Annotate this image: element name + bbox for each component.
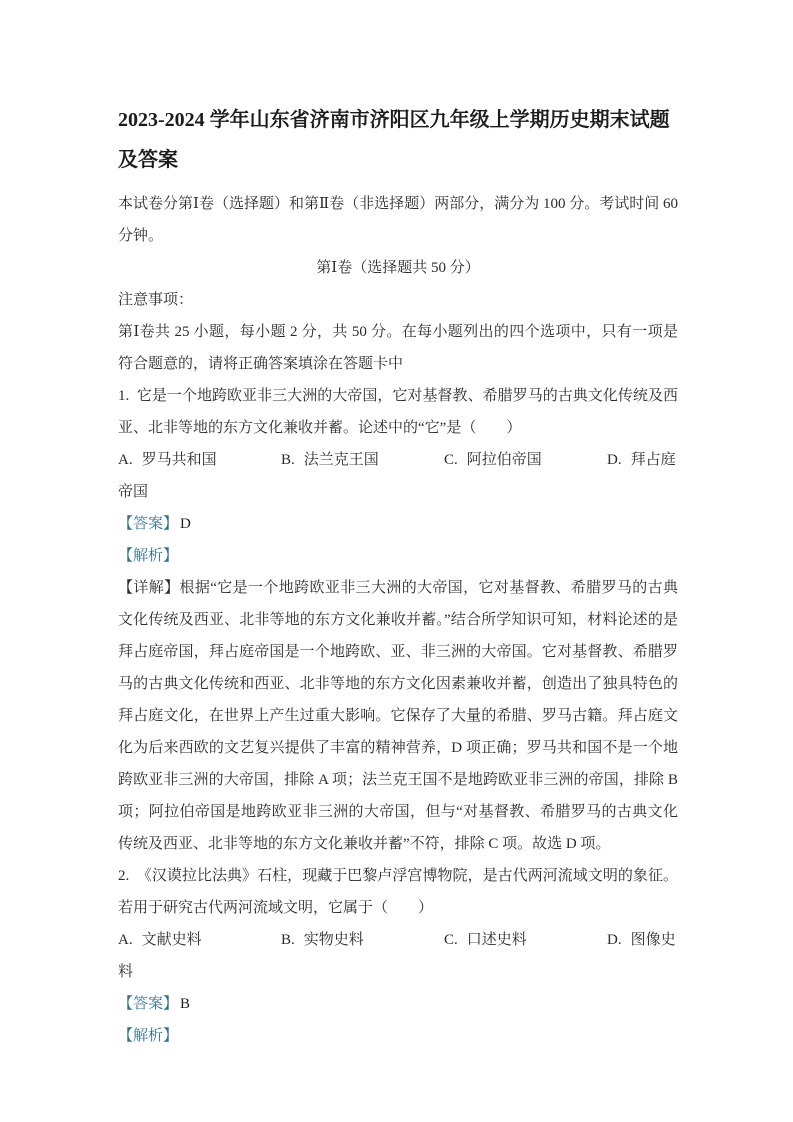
answer-label: 【答案】 <box>118 996 178 1012</box>
answer-value: B <box>178 996 190 1012</box>
analysis-label: 【解析】 <box>118 1028 178 1044</box>
page-title: 2023-2024 学年山东省济南市济阳区九年级上学期历史期末试题及答案 <box>118 100 678 180</box>
intro-paragraph: 本试卷分第Ⅰ卷（选择题）和第Ⅱ卷（非选择题）两部分，满分为 100 分。考试时间… <box>118 188 678 252</box>
document-content: 2023-2024 学年山东省济南市济阳区九年级上学期历史期末试题及答案 本试卷… <box>118 100 678 1052</box>
detail-paragraph: 【详解】根据“它是一个地跨欧亚非三大洲的大帝国，它对基督教、希腊罗马的古典文化传… <box>118 572 678 860</box>
option-b-text: 实物史料 <box>304 932 364 948</box>
options-row: A.罗马共和国B.法兰克王国C.阿拉伯帝国D.拜占庭帝国 <box>118 444 678 508</box>
answer-line: 【答案】B <box>118 988 678 1020</box>
option-b-label: B. <box>281 932 304 948</box>
option-c-text: 阿拉伯帝国 <box>467 452 542 468</box>
option-c: C.口述史料 <box>444 924 607 956</box>
option-b-text: 法兰克王国 <box>304 452 379 468</box>
answer-line: 【答案】D <box>118 508 678 540</box>
option-b: B.法兰克王国 <box>281 444 444 476</box>
section-heading: 第Ⅰ卷（选择题共 50 分） <box>118 252 678 284</box>
question-number: 1. <box>118 388 129 404</box>
analysis-line: 【解析】 <box>118 1020 678 1052</box>
option-d-label: D. <box>607 452 631 468</box>
option-c-label: C. <box>444 452 467 468</box>
option-a: A.文献史料 <box>118 924 281 956</box>
exam-document-page: 2023-2024 学年山东省济南市济阳区九年级上学期历史期末试题及答案 本试卷… <box>0 0 793 1122</box>
notice-paragraph: 第Ⅰ卷共 25 小题，每小题 2 分，共 50 分。在每小题列出的四个选项中，只… <box>118 316 678 380</box>
question-number: 2. <box>118 868 129 884</box>
option-a-text: 罗马共和国 <box>142 452 217 468</box>
analysis-label: 【解析】 <box>118 548 178 564</box>
option-b: B.实物史料 <box>281 924 444 956</box>
option-d-label: D. <box>607 932 631 948</box>
notice-label: 注意事项： <box>118 284 678 316</box>
option-c-text: 口述史料 <box>467 932 527 948</box>
question-stem-text: 《汉谟拉比法典》石柱，现藏于巴黎卢浮宫博物院，是古代两河流域文明的象征。若用于研… <box>118 868 678 916</box>
analysis-line: 【解析】 <box>118 540 678 572</box>
option-c: C.阿拉伯帝国 <box>444 444 607 476</box>
question-block-1: 1. 它是一个地跨欧亚非三大洲的大帝国，它对基督教、希腊罗马的古典文化传统及西亚… <box>118 380 678 860</box>
option-a-text: 文献史料 <box>142 932 202 948</box>
option-c-label: C. <box>444 932 467 948</box>
question-block-2: 2. 《汉谟拉比法典》石柱，现藏于巴黎卢浮宫博物院，是古代两河流域文明的象征。若… <box>118 860 678 1052</box>
question-stem-text: 它是一个地跨欧亚非三大洲的大帝国，它对基督教、希腊罗马的古典文化传统及西亚、北非… <box>118 388 678 436</box>
answer-value: D <box>178 516 191 532</box>
question-stem: 2. 《汉谟拉比法典》石柱，现藏于巴黎卢浮宫博物院，是古代两河流域文明的象征。若… <box>118 860 678 924</box>
option-a: A.罗马共和国 <box>118 444 281 476</box>
question-stem: 1. 它是一个地跨欧亚非三大洲的大帝国，它对基督教、希腊罗马的古典文化传统及西亚… <box>118 380 678 444</box>
option-b-label: B. <box>281 452 304 468</box>
option-a-label: A. <box>118 452 142 468</box>
option-a-label: A. <box>118 932 142 948</box>
answer-label: 【答案】 <box>118 516 178 532</box>
options-row: A.文献史料B.实物史料C.口述史料D.图像史料 <box>118 924 678 988</box>
